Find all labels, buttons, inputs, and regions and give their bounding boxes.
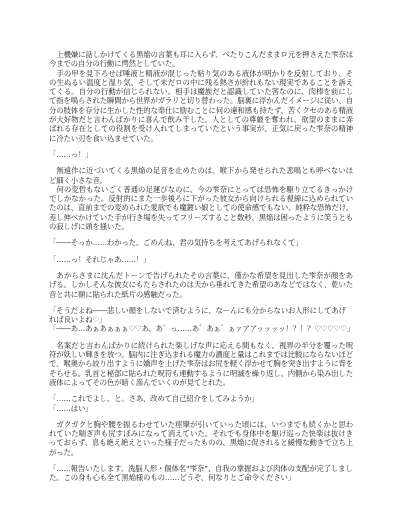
paragraph-gap xyxy=(49,143,353,150)
dialogue-line: 「そうだよね――悲しい顔をしないで済むように、なーんにも分からないお人形にしてあ… xyxy=(49,306,353,325)
document-page: 上機嫌に話しかけてくる黒焔の言葉も耳に入らず、べたりこんだままロ元を押さえた雫奈… xyxy=(49,50,353,483)
dialogue-line: 「……これでよし、と。さあ、改めて自己紹介をしてみようか」 xyxy=(49,394,353,403)
narrative-paragraph: 手の甲を見下ろせば唾液と精液が混じった粘り気のある液体が明かりを反射しており、そ… xyxy=(49,69,353,143)
dialogue-line: 「……報告いたします。洗脳人形・個体名“雫奈”、自我の掌握および肉体の支配が完了… xyxy=(49,464,353,483)
narrative-paragraph: 名案だと言わんばかりに続けられた楽しげな声に応える間もなく、視界の半分を覆った呪… xyxy=(49,341,353,387)
dialogue-line: 「……っ！」 xyxy=(49,150,353,159)
narrative-paragraph: あからさまに沈んだトーンで告げられたその言葉に、僅かな希望を見出した雫奈が顔をあ… xyxy=(49,271,353,299)
narrative-paragraph: ガクガクと胸や腰を振るわせていた痙攣が引いていった頃には、いつまでも続くかと思わ… xyxy=(49,420,353,457)
paragraph-gap xyxy=(49,231,353,238)
narrative-paragraph: 無遠作に近づいてくる黒焔の足音を止めたのは、喉下から発せられた悲鳴とも呼べないほ… xyxy=(49,166,353,185)
paragraph-gap xyxy=(49,334,353,341)
dialogue-line: 「――あ…あぁあぁぁぁ♡♡あ、あ゛っ……あ゛あぁ゛ぁァアアッッッッ！？！？♡♡♡… xyxy=(49,324,353,333)
narrative-paragraph: 上機嫌に話しかけてくる黒焔の言葉も耳に入らず、べたりこんだままロ元を押さえた雫奈… xyxy=(49,50,353,69)
narrative-paragraph: 何の変哲もないごく普通の足運びなのに、今の雫奈にとっては恐怖を駆り立てるきっかけ… xyxy=(49,185,353,231)
paragraph-gap xyxy=(49,248,353,255)
dialogue-line: 「……っ！それじゃあ……！」 xyxy=(49,255,353,264)
paragraph-gap xyxy=(49,299,353,306)
paragraph-gap xyxy=(49,457,353,464)
dialogue-line: 「――そっか……わかった。ごめんね、君の気持ちを考えてあげられなくて」 xyxy=(49,238,353,247)
paragraph-gap xyxy=(49,159,353,166)
dialogue-line: 「……はい」 xyxy=(49,404,353,413)
paragraph-gap xyxy=(49,387,353,394)
paragraph-gap xyxy=(49,264,353,271)
paragraph-gap xyxy=(49,413,353,420)
